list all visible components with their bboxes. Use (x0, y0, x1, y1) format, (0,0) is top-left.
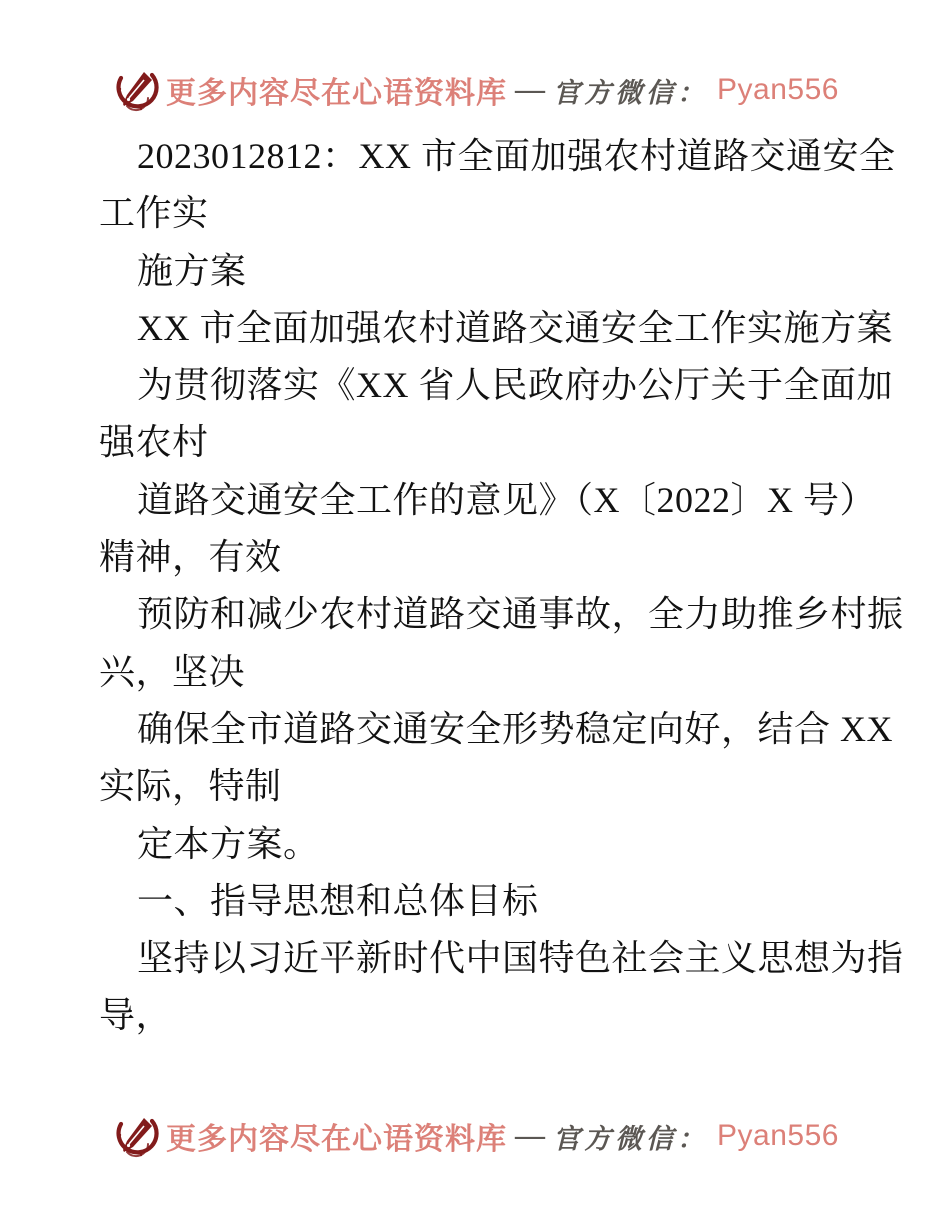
watermark-dash: — (515, 1119, 545, 1153)
document-line: 精神，有效 (99, 529, 874, 586)
document-line: 兴，坚决 (99, 644, 874, 701)
document-line: 2023012812：XX 市全面加强农村道路交通安全 (99, 128, 874, 185)
watermark-channel-label: 官方微信： (553, 1117, 708, 1156)
watermark-dash: — (515, 73, 545, 107)
document-text-block: 2023012812：XX 市全面加强农村道路交通安全工作实施方案XX 市全面加… (99, 128, 874, 1045)
document-line: 一、指导思想和总体目标 (99, 873, 874, 930)
footer-watermark: 更多内容尽在心语资料库—官方微信： Pyan556 (0, 1110, 950, 1162)
document-line: 导， (99, 987, 874, 1044)
pen-swirl-logo-icon (111, 66, 159, 114)
document-line: 定本方案。 (99, 816, 874, 873)
watermark-channel-label: 官方微信： (553, 71, 708, 110)
pen-swirl-logo-icon (111, 1112, 159, 1160)
document-line: 强农村 (99, 414, 874, 471)
document-line: 确保全市道路交通安全形势稳定向好，结合 XX (99, 701, 874, 758)
header-watermark: 更多内容尽在心语资料库—官方微信： Pyan556 (0, 64, 950, 116)
watermark-brand-text: 更多内容尽在心语资料库 (166, 68, 507, 112)
document-line: 实际，特制 (99, 758, 874, 815)
document-line: 工作实 (99, 185, 874, 242)
document-line: 预防和减少农村道路交通事故，全力助推乡村振 (99, 586, 874, 643)
watermark-channel-value: Pyan556 (717, 1119, 839, 1153)
document-line: 道路交通安全工作的意见》（X〔2022〕X 号） (99, 472, 874, 529)
watermark-brand-text: 更多内容尽在心语资料库 (166, 1114, 507, 1158)
document-line: XX 市全面加强农村道路交通安全工作实施方案 (99, 300, 874, 357)
document-line: 施方案 (99, 243, 874, 300)
document-line: 为贯彻落实《XX 省人民政府办公厅关于全面加 (99, 357, 874, 414)
watermark-channel-value: Pyan556 (717, 73, 839, 107)
document-line: 坚持以习近平新时代中国特色社会主义思想为指 (99, 930, 874, 987)
